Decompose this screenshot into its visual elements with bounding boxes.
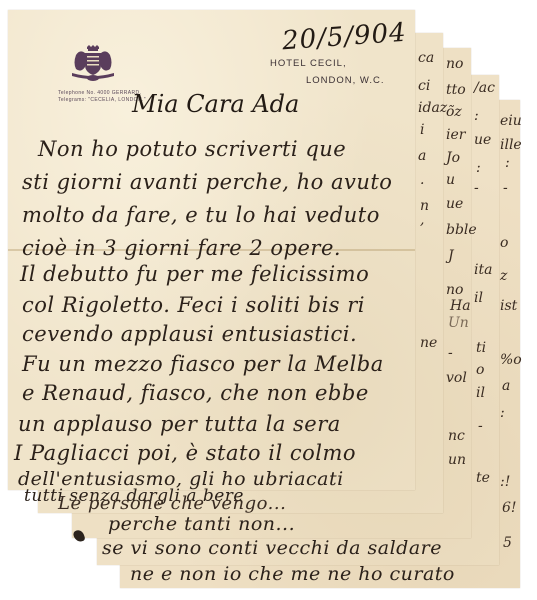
letter-line: Non ho potuto scriverti que <box>38 137 346 161</box>
coat-of-arms-icon <box>68 45 118 83</box>
letter-line: un applauso per tutta la sera <box>18 412 341 436</box>
letter-line: e Renaud, fiasco, che non ebbe <box>22 381 369 405</box>
letterhead-telephone: Telephone No. 4000 GERRARD. <box>58 90 141 96</box>
letter-line: Fu un mezzo fiasco per la Melba <box>22 352 384 376</box>
letter-line: cioè in 3 giorni fare 2 opere. <box>22 236 341 260</box>
letter-line: molto da fare, e tu lo hai veduto <box>22 203 380 227</box>
letter-line: Il debutto fu per me felicissimo <box>20 262 369 286</box>
letterhead-hotel-city: LONDON, W.C. <box>306 75 385 86</box>
letterhead-hotel-name: HOTEL CECIL, <box>270 58 347 69</box>
letter-line: I Pagliacci poi, è stato il colmo <box>14 441 356 465</box>
letter-line: col Rigoletto. Feci i soliti bis ri <box>22 293 365 317</box>
letter-salutation: Mia Cara Ada <box>132 90 299 118</box>
page3-bottom-line: se vi sono conti vecchi da saldare <box>102 537 442 559</box>
letter-line: cevendo applausi entusiastici. <box>22 322 357 346</box>
letter-line: sti giorni avanti perche, ho avuto <box>22 170 392 194</box>
page4-bottom-line: ne e non io che me ne ho curato <box>130 563 455 585</box>
letter-line: Le persone che vengo... <box>58 493 286 514</box>
page2-bottom-line: perche tanti non... <box>108 513 295 535</box>
